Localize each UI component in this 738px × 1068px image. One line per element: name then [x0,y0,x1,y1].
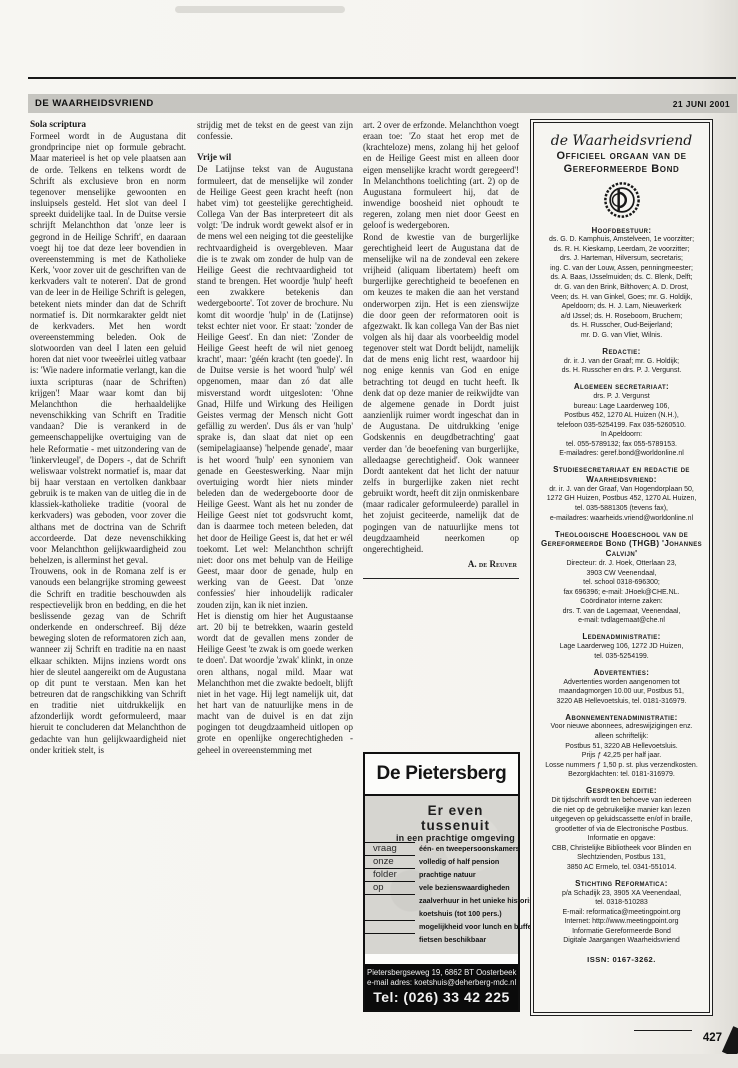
colophon-box: de Waarheidsvriend Officieel orgaan van … [530,119,713,1016]
ad-photo-area: Er even tussenuit in een prachtige omgev… [365,796,518,954]
sidebar-section-line: E-mailadres: geref.bond@worldonline.nl [539,449,704,459]
sidebar-section-line: ds. H. Russcher en drs. P. J. Vergunst. [539,366,704,376]
ad-footer-email: e-mail adres: koetshuis@deherberg-mdc.nl [367,978,516,988]
sidebar-section-line: tel. 035-5881305 (tevens fax), [539,504,704,514]
ad-rail-line [365,907,415,920]
sidebar-section-line: ds. H. Russcher, Oud-Beijerland; [539,321,704,331]
ad-rail-line [365,894,415,907]
sidebar-section-line: grootletter of via de Electronische Post… [539,825,704,835]
ad-feature-item: koetshuis (tot 100 pers.) [419,907,515,920]
sidebar-section-title: Abonnementenadministratie: [539,713,704,723]
sidebar-section-line: drs. J. Harteman, Hilversum, secretaris; [539,254,704,264]
page-number: 427 [703,1032,722,1044]
article-column-1: Sola scripturaFormeel wordt in de August… [30,120,186,756]
ad-folder-rail: vraagonzefolderop [365,842,415,946]
ad-title-box: De Pietersberg [365,754,518,796]
sidebar-section-line: tel. 055-5789132; fax 055-5789153. [539,440,704,450]
ad-footer-address: Pietersbergseweg 19, 6862 BT Oosterbeek [367,968,516,978]
sidebar-section-line: Bezorgklachten: tel. 0181-316979. [539,770,704,780]
article-column-3: art. 2 over de erfzonde. Melanchthon voe… [363,120,519,579]
sidebar-section-line: Informatie en opgave: [539,834,704,844]
ad-feature-list: één- en tweepersoonskamersvolledig of ha… [419,842,515,946]
magazine-page: DE WAARHEIDSVRIEND 21 JUNI 2001 Sola scr… [0,0,738,1068]
sidebar-section-line: In Apeldoorn: [539,430,704,440]
sidebar-section-line: alleen schriftelijk: [539,732,704,742]
sidebar-section-title: Algemeen secretariaat: [539,382,704,392]
sidebar-section-line: Coördinator interne zaken: [539,597,704,607]
ad-feature-item: vele bezienswaardigheden [419,881,515,894]
ad-folder-word: onze [365,855,415,868]
sidebar-section-line: tel. 035-5254199. [539,652,704,662]
ad-rail-line [365,933,415,946]
sidebar-section-line: Veen; ds. H. van Ginkel, Goes; mr. G. Ho… [539,293,704,303]
sidebar-section-line: Dit tijdschrift wordt ten behoeve van ie… [539,796,704,806]
sidebar-section-line: telefoon 035-5254199. Fax 035-5260510. [539,421,704,431]
ad-feature-item: mogelijkheid voor lunch en buffet [419,920,515,933]
article-paragraph: Rond de kwestie van de burgerlijke gerec… [363,232,519,556]
sidebar-section-line: 3903 CW Veenendaal, [539,569,704,579]
sidebar-section-line: die niet op de gebruikelijke manier kan … [539,806,704,816]
sidebar-masthead-subtitle-1: Officieel orgaan van de [539,150,704,163]
pietersberg-ad: De Pietersberg Er even tussenuit in een … [363,752,520,1012]
sidebar-section: Abonnementenadministratie:Voor nieuwe ab… [539,713,704,780]
sidebar-section-line: Apeldoorn; ds. H. J. Lam, Nieuwerkerk [539,302,704,312]
top-rule [28,77,736,79]
sidebar-section-line: e-mailadres: waarheids.vriend@worldonlin… [539,514,704,524]
ad-footer-phone: Tel: (026) 33 42 225 [367,989,516,1005]
article-heading: Sola scriptura [30,120,186,131]
sidebar-section-line: Losse nummers ƒ 1,50 p. st. plus verzend… [539,761,704,771]
sidebar-section-line: CBB, Christelijke Bibliotheek voor Blind… [539,844,704,854]
sidebar-section-line: tel. 0318-510283 [539,898,704,908]
article-column-3-text: art. 2 over de erfzonde. Melanchthon voe… [363,120,519,555]
sidebar-section-line: tel. school 0318-696300; [539,578,704,588]
sidebar-section: Advertenties:Advertenties worden aangeno… [539,668,704,706]
sidebar-section-line: bureau: Lage Laarderweg 106, [539,402,704,412]
article-column-2: strijdig met de tekst en de geest van zi… [197,120,353,756]
ad-tagline-main: Er even tussenuit [395,803,516,833]
ad-folder-word: vraag [365,842,415,855]
ad-feature-item: één- en tweepersoonskamers [419,842,515,855]
ad-folder-word: op [365,881,415,894]
sidebar-section-line: ds. G. D. Kamphuis, Amstelveen, 1e voorz… [539,235,704,245]
sidebar-section-title: Gesproken editie: [539,786,704,796]
sidebar-section-line: fax 696396; e-mail: JHoek@CHE.NL. [539,588,704,598]
article-paragraph: Trouwens, ook in de Romana zelf is er va… [30,566,186,756]
column-divider-rule [363,578,519,579]
sidebar-section-line: E-mail: reformatica@meetingpoint.org [539,908,704,918]
sidebar-masthead-title: de Waarheidsvriend [539,133,704,150]
article-heading: Vrije wil [197,153,353,164]
sidebar-section-line: Internet: http://www.meetingpoint.org [539,917,704,927]
ad-feature-item: prachtige natuur [419,868,515,881]
sidebar-section-line: drs. T. van de Lagemaat, Veenendaal, [539,607,704,617]
scan-artifact [0,1054,738,1068]
ad-rail-line [365,920,415,933]
sidebar-section-line: Prijs ƒ 42,25 per half jaar. [539,751,704,761]
ad-feature-item: volledig of half pension [419,855,515,868]
sidebar-section: Theologische Hogeschool van de Gereforme… [539,530,704,626]
header-date: 21 JUNI 2001 [673,99,730,109]
sidebar-section-line: Directeur: dr. J. Hoek, Otterlaan 23, [539,559,704,569]
sidebar-section-line: p/a Schadijk 23, 3905 XA Veenendaal, [539,889,704,899]
article-paragraph: art. 2 over de erfzonde. Melanchthon voe… [363,120,519,232]
sidebar-section-line: Postbus 51, 3220 AB Hellevoetsluis. [539,742,704,752]
sidebar-section-line: 3850 AC Ermelo, tel. 0341-551014. [539,863,704,873]
ad-footer: Pietersbergseweg 19, 6862 BT Oosterbeek … [365,964,518,1010]
article-paragraph: De Latijnse tekst van de Augustana formu… [197,164,353,610]
article-paragraph: Het is dienstig om hier het Augustaanse … [197,611,353,756]
sidebar-section-line: Lage Laarderweg 106, 1272 JD Huizen, [539,642,704,652]
sidebar-section-line: a/d IJssel; ds. H. Roseboom, Bruchem; [539,312,704,322]
sidebar-section-line: Slechtzienden, Postbus 131, [539,853,704,863]
page-number-rule [634,1030,692,1032]
article-paragraph: Formeel wordt in de Augustana dit grondp… [30,131,186,566]
ad-title: De Pietersberg [377,763,507,785]
sidebar-section-line: Voor nieuwe abonnees, adreswijzigingen e… [539,722,704,732]
sidebar-section-line: ds. R. H. Kieskamp, Leerdam, 2e voorzitt… [539,245,704,255]
sidebar-section-title: Redactie: [539,347,704,357]
sidebar-section: Gesproken editie:Dit tijdschrift wordt t… [539,786,704,872]
sidebar-section-line: dr. ir. J. van der Graaf; mr. G. Holdijk… [539,357,704,367]
sidebar-section-title: Studiesecretariaat en redactie de Waarhe… [539,465,704,485]
ad-feature-item: zaalverhuur in het unieke historische [419,894,515,907]
issn-line: ISSN: 0167-3262. [539,955,704,964]
sidebar-section-title: Hoofdbestuur: [539,226,704,236]
ad-feature-item: fietsen beschikbaar [419,933,515,946]
sidebar-section-line: e-mail: tvdlagemaat@che.nl [539,616,704,626]
sidebar-section-line: drs. P. J. Vergunst [539,392,704,402]
article-paragraph: strijdig met de tekst en de geest van zi… [197,120,353,142]
sidebar-section-line: maandagmorgen 10.00 uur, Postbus 51, [539,687,704,697]
sidebar-section: Studiesecretariaat en redactie de Waarhe… [539,465,704,523]
sidebar-section-line: 1272 GH Huizen, Postbus 452, 1270 AL Hui… [539,494,704,504]
sidebar-section-title: Ledenadministratie: [539,632,704,642]
sidebar-section: Hoofdbestuur:ds. G. D. Kamphuis, Amstelv… [539,226,704,341]
sidebar-section-line: Advertenties worden aangenomen tot [539,678,704,688]
sidebar-section: Algemeen secretariaat:drs. P. J. Verguns… [539,382,704,459]
sidebar-section-line: mr. D. G. van Vliet, Wilnis. [539,331,704,341]
sidebar-section-line: Postbus 452, 1270 AL Huizen (N.H.), [539,411,704,421]
header-bar: DE WAARHEIDSVRIEND 21 JUNI 2001 [28,94,737,113]
sidebar-section: Ledenadministratie:Lage Laarderweg 106, … [539,632,704,661]
masthead-title: DE WAARHEIDSVRIEND [35,98,154,109]
sidebar-section-line: 3220 AB Hellevoetsluis, tel. 0181-316979… [539,697,704,707]
sidebar-section-title: Stichting Reformatica: [539,879,704,889]
sidebar-section-line: Digitale Jaargangen Waarheidsvriend [539,936,704,946]
sidebar-section-line: ds. A. Baas, IJsselmuiden; ds. C. Blenk,… [539,273,704,283]
sidebar-section-line: dr. ir. J. van der Graaf, Van Hogendorpl… [539,485,704,495]
sidebar-section-line: ing. C. van der Louw, Assen, penningmees… [539,264,704,274]
ad-folder-word: folder [365,868,415,881]
colophon-sections: Hoofdbestuur:ds. G. D. Kamphuis, Amstelv… [539,226,704,946]
sidebar-masthead-subtitle-2: Gereformeerde Bond [539,163,704,176]
sidebar-section-line: uitgegeven op geluidscassette en/of in b… [539,815,704,825]
gereformeerde-bond-logo-icon [603,181,641,219]
sidebar-section-title: Theologische Hogeschool van de Gereforme… [539,530,704,559]
sidebar-section-title: Advertenties: [539,668,704,678]
sidebar-section: Redactie:dr. ir. J. van der Graaf; mr. G… [539,347,704,376]
colophon-inner: de Waarheidsvriend Officieel orgaan van … [533,122,710,1013]
scan-artifact [175,6,345,13]
sidebar-section-line: Informatie Gereformeerde Bond [539,927,704,937]
sidebar-section-line: dr. G. van den Brink, Bilthoven; A. D. D… [539,283,704,293]
sidebar-section: Stichting Reformatica:p/a Schadijk 23, 3… [539,879,704,946]
ad-taglines: Er even tussenuit in een prachtige omgev… [365,796,518,844]
article-signature: A. de Reuver [363,559,519,569]
